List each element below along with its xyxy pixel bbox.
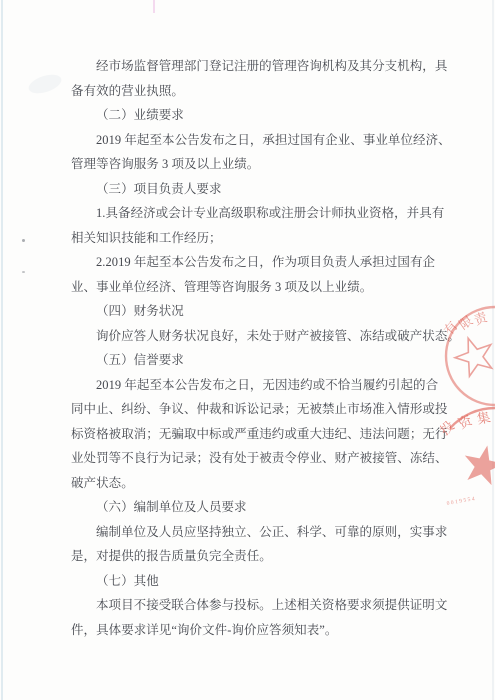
document-line: 2019 年起至本公告发布之日，无因违约或不恰当履约引起的合 (71, 373, 453, 398)
star-icon (450, 332, 495, 379)
scan-edge-left (1, 0, 3, 700)
document-line: （六）编制单位及人员要求 (71, 495, 453, 520)
document-line: 相关知识技能和工作经历； (71, 226, 453, 251)
document-line: 件，具体要求详见“询价文件-询价应答须知表”。 (71, 618, 453, 643)
document-line: 业、事业单位经济、管理等咨询服务 3 项及以上业绩。 (71, 275, 453, 300)
document-line: （七）其他 (71, 569, 453, 594)
document-line: 本项目不接受联合体参与投标。上述相关资格要求须提供证明文 (71, 593, 453, 618)
document-line: 经市场监督管理部门登记注册的管理咨询机构及其分支机构，具 (71, 54, 453, 79)
document-line: 业处罚等不良行为记录；没有处于被责令停业、财产被接管、冻结、 (71, 446, 453, 471)
document-line: 是，对提供的报告质量负完全责任。 (71, 544, 453, 569)
document-line: 编制单位及人员应坚持独立、公正、科学、可靠的原则，实事求 (71, 520, 453, 545)
red-seal-lower: 投 资 集 0019554 (440, 402, 495, 514)
document-line: 同中止、纠纷、争议、仲裁和诉讼记录；无被禁止市场准入情形或投 (71, 397, 453, 422)
scanned-document-page: 经市场监督管理部门登记注册的管理咨询机构及其分支机构，具备有效的营业执照。（二）… (0, 0, 495, 700)
document-line: 管理等咨询服务 3 项及以上业绩。 (71, 152, 453, 177)
document-line: （二）业绩要求 (71, 103, 453, 128)
document-line: （三）项目负责人要求 (71, 177, 453, 202)
star-icon (460, 441, 495, 486)
document-line: 破产状态。 (71, 471, 453, 496)
document-line: （四）财务状况 (71, 299, 453, 324)
scan-speck (22, 271, 25, 273)
document-line: （五）信誉要求 (71, 348, 453, 373)
seal-arc-char: 集 (475, 408, 492, 427)
document-line: 1.具备经济或会计专业高级职称或注册会计师执业资格，并具有 (71, 201, 453, 226)
document-line: 标资格被取消；无骗取中标或严重违约或重大违纪、违法问题；无行 (71, 422, 453, 447)
document-line: 备有效的营业执照。 (71, 79, 453, 104)
document-line: 2.2019 年起至本公告发布之日，作为项目负责人承担过国有企 (71, 250, 453, 275)
seal-arc-char: 投 (440, 417, 457, 438)
document-body: 经市场监督管理部门登记注册的管理咨询机构及其分支机构，具备有效的营业执照。（二）… (71, 54, 453, 642)
seal-arc-char: 资 (456, 412, 475, 432)
red-seal-upper: 有 限 责 (440, 296, 495, 412)
scan-smudge (26, 71, 63, 97)
scan-speck (22, 239, 25, 242)
document-line: 询价应答人财务状况良好，未处于财产被接管、冻结或破产状态。 (71, 324, 453, 349)
seal-serial-number: 0019554 (446, 496, 476, 507)
document-line: 2019 年起至本公告发布之日，承担过国有企业、事业单位经济、 (71, 128, 453, 153)
scan-artifact-mark (153, 0, 155, 13)
